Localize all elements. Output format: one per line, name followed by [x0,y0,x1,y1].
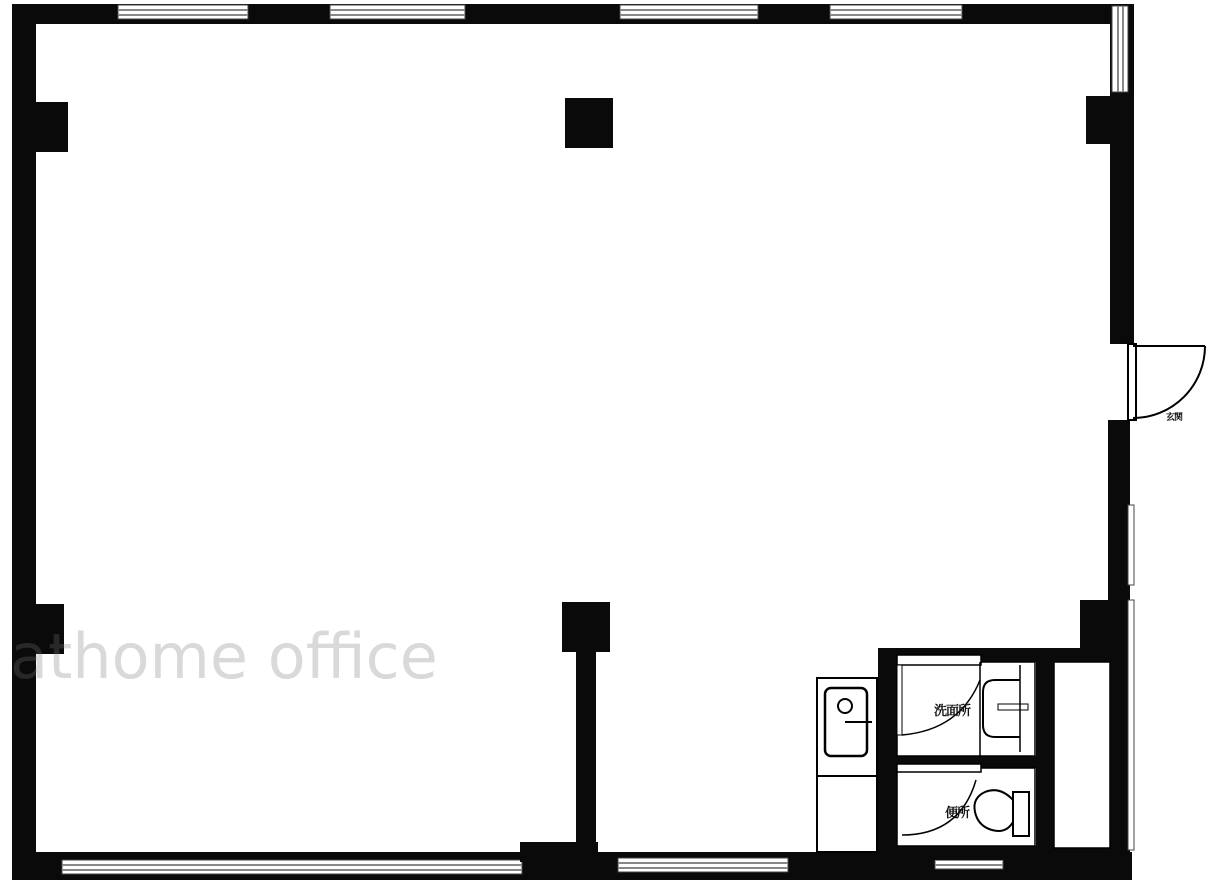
toilet-label: 便所 [945,802,969,821]
washroom-label: 洗面所 [934,700,970,719]
wet-area [878,648,1110,860]
columns [36,96,1116,654]
partition-wall [576,650,596,860]
floor-plan [0,0,1210,883]
entrance-door [1128,344,1205,420]
entrance-label: 玄関 [1166,410,1182,423]
right-windows [1128,505,1134,850]
kitchenette [817,678,877,852]
